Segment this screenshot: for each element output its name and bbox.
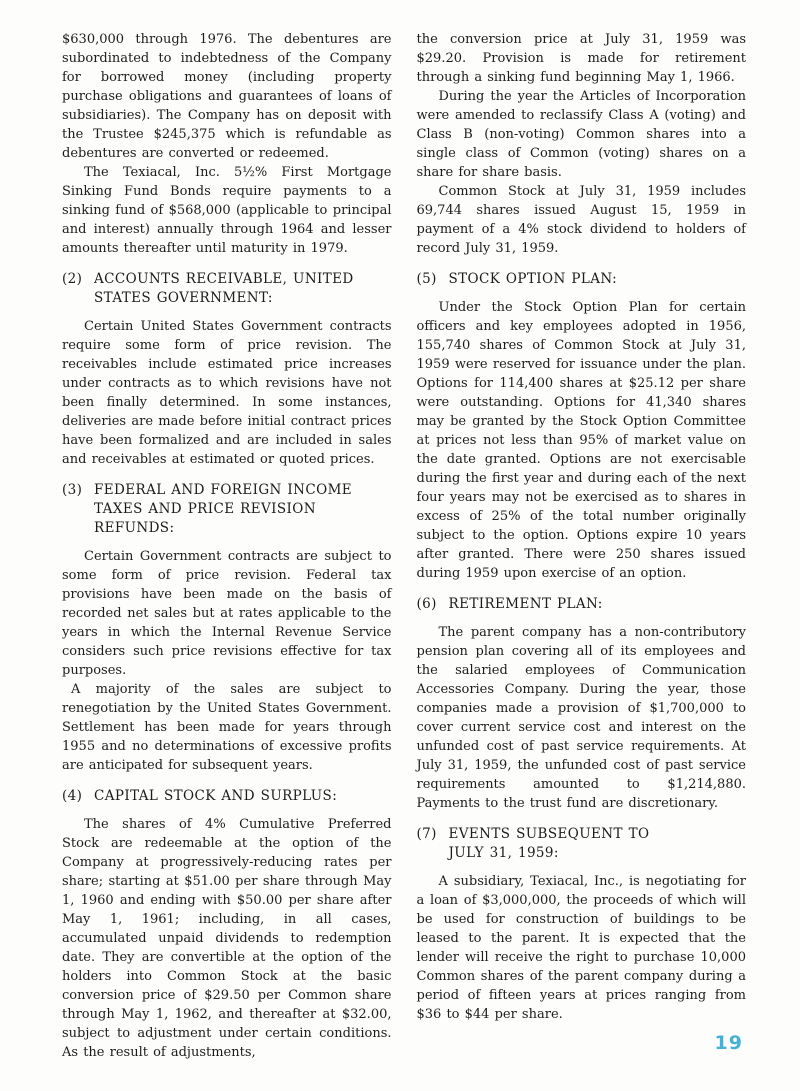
paragraph: the conversion price at July 31, 1959 wa… [417,30,747,87]
section-title-line: RETIREMENT PLAN: [449,595,747,614]
section-title: STOCK OPTION PLAN: [449,270,747,289]
section-number: (4) [62,787,94,806]
paragraph: During the year the Articles of Incorpor… [417,87,747,182]
section-title: RETIREMENT PLAN: [449,595,747,614]
section-number: (5) [417,270,449,289]
two-column-layout: $630,000 through 1976. The debentures ar… [0,0,800,1062]
section-title-line: TAXES AND PRICE REVISION [94,500,392,519]
paragraph: The parent company has a non-contributor… [417,623,747,813]
left-column: $630,000 through 1976. The debentures ar… [62,30,392,1062]
section-title-line: STATES GOVERNMENT: [94,289,392,308]
paragraph: The Texiacal, Inc. 5½% First Mortgage Si… [62,163,392,258]
paragraph: $630,000 through 1976. The debentures ar… [62,30,392,163]
section-title-line: FEDERAL AND FOREIGN INCOME [94,481,392,500]
paragraph: A subsidiary, Texiacal, Inc., is negotia… [417,872,747,1024]
section-title-line: REFUNDS: [94,519,392,538]
page-number: 19 [715,1032,743,1054]
section-title: FEDERAL AND FOREIGN INCOMETAXES AND PRIC… [94,481,392,538]
paragraph: Under the Stock Option Plan for certain … [417,298,747,583]
section-heading: (6)RETIREMENT PLAN: [417,595,747,614]
section-heading: (2)ACCOUNTS RECEIVABLE, UNITEDSTATES GOV… [62,270,392,308]
section-title-line: CAPITAL STOCK AND SURPLUS: [94,787,392,806]
paragraph: Certain United States Government contrac… [62,317,392,469]
paragraph: Certain Government contracts are subject… [62,547,392,680]
section-title-line: STOCK OPTION PLAN: [449,270,747,289]
paragraph: A majority of the sales are subject to r… [62,680,392,775]
section-number: (2) [62,270,94,308]
section-title-line: JULY 31, 1959: [449,844,747,863]
section-number: (6) [417,595,449,614]
section-number: (3) [62,481,94,538]
section-number: (7) [417,825,449,863]
section-title: EVENTS SUBSEQUENT TOJULY 31, 1959: [449,825,747,863]
paragraph: Common Stock at July 31, 1959 includes 6… [417,182,747,258]
section-title: CAPITAL STOCK AND SURPLUS: [94,787,392,806]
paragraph: The shares of 4% Cumulative Preferred St… [62,815,392,1062]
section-title-line: EVENTS SUBSEQUENT TO [449,825,747,844]
section-heading: (5)STOCK OPTION PLAN: [417,270,747,289]
section-title: ACCOUNTS RECEIVABLE, UNITEDSTATES GOVERN… [94,270,392,308]
section-title-line: ACCOUNTS RECEIVABLE, UNITED [94,270,392,289]
right-column: the conversion price at July 31, 1959 wa… [417,30,747,1062]
document-page: $630,000 through 1976. The debentures ar… [0,0,800,1091]
section-heading: (3)FEDERAL AND FOREIGN INCOMETAXES AND P… [62,481,392,538]
section-heading: (4)CAPITAL STOCK AND SURPLUS: [62,787,392,806]
section-heading: (7)EVENTS SUBSEQUENT TOJULY 31, 1959: [417,825,747,863]
